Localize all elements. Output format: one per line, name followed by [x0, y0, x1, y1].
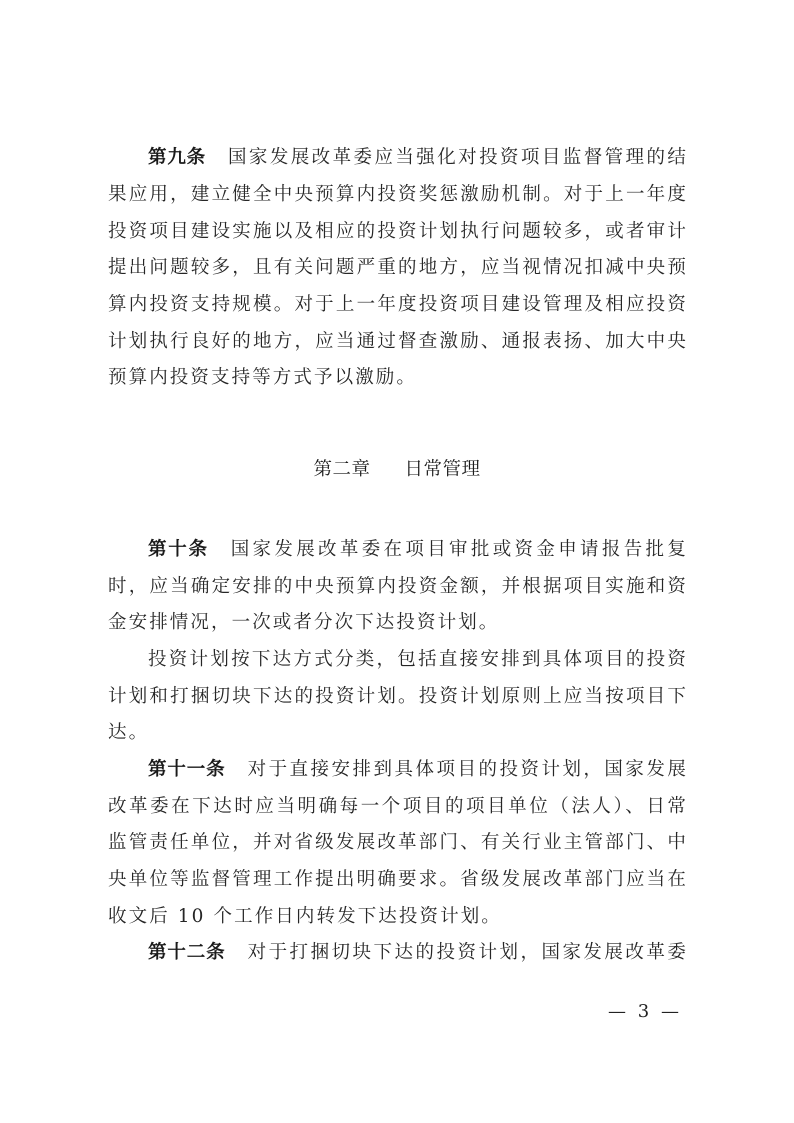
article-12-label: 第十二条	[148, 942, 226, 963]
chapter-title: 日常管理	[405, 459, 481, 480]
article-10-text: 国家发展改革委在项目审批或资金申请报告批复	[231, 539, 688, 560]
article-9-line-4: 提出问题较多，且有关问题严重的地方，应当视情况扣减中央预	[108, 257, 688, 279]
article-11-line-1: 第十一条对于直接安排到具体项目的投资计划，国家发展	[148, 759, 688, 781]
chapter-number: 第二章	[313, 459, 370, 480]
article-11-line-3: 监管责任单位，并对省级发展改革部门、有关行业主管部门、中	[108, 832, 688, 854]
article-9-line-5: 算内投资支持规模。对于上一年度投资项目建设管理及相应投资	[108, 294, 688, 316]
article-9-line-6: 计划执行良好的地方，应当通过督查激励、通报表扬、加大中央	[108, 331, 688, 353]
article-11-label: 第十一条	[148, 759, 226, 780]
article-12-text: 对于打捆切块下达的投资计划，国家发展改革委	[248, 942, 688, 963]
article-10-para2-line-1: 投资计划按下达方式分类，包括直接安排到具体项目的投资	[148, 649, 688, 671]
article-9-line-1: 第九条国家发展改革委应当强化对投资项目监督管理的结	[148, 147, 688, 169]
article-9-line-2: 果应用，建立健全中央预算内投资奖惩激励机制。对于上一年度	[108, 184, 688, 206]
article-11-line-2: 改革委在下达时应当明确每一个项目的项目单位（法人）、日常	[108, 796, 688, 818]
article-12-line-1: 第十二条对于打捆切块下达的投资计划，国家发展改革委	[148, 942, 688, 964]
article-10-label: 第十条	[148, 539, 209, 560]
page-number: — 3 —	[600, 1001, 690, 1023]
chapter-heading: 第二章日常管理	[0, 459, 794, 481]
document-page: 第九条国家发展改革委应当强化对投资项目监督管理的结 果应用，建立健全中央预算内投…	[0, 0, 794, 1123]
article-11-text: 对于直接安排到具体项目的投资计划，国家发展	[248, 759, 688, 780]
article-10-para2-line-2: 计划和打捆切块下达的投资计划。投资计划原则上应当按项目下	[108, 686, 688, 708]
article-10-line-3: 金安排情况，一次或者分次下达投资计划。	[108, 612, 688, 634]
article-10-line-2: 时，应当确定安排的中央预算内投资金额，并根据项目实施和资	[108, 576, 688, 598]
article-11-line-5: 收文后 10 个工作日内转发下达投资计划。	[108, 906, 688, 928]
article-10-line-1: 第十条国家发展改革委在项目审批或资金申请报告批复	[148, 539, 688, 561]
article-9-line-3: 投资项目建设实施以及相应的投资计划执行问题较多，或者审计	[108, 221, 688, 243]
article-9-text: 国家发展改革委应当强化对投资项目监督管理的结	[228, 147, 688, 168]
article-11-line-4: 央单位等监督管理工作提出明确要求。省级发展改革部门应当在	[108, 869, 688, 891]
article-9-line-7: 预算内投资支持等方式予以激励。	[108, 367, 688, 389]
article-10-para2-line-3: 达。	[108, 722, 688, 744]
article-9-label: 第九条	[148, 147, 206, 168]
